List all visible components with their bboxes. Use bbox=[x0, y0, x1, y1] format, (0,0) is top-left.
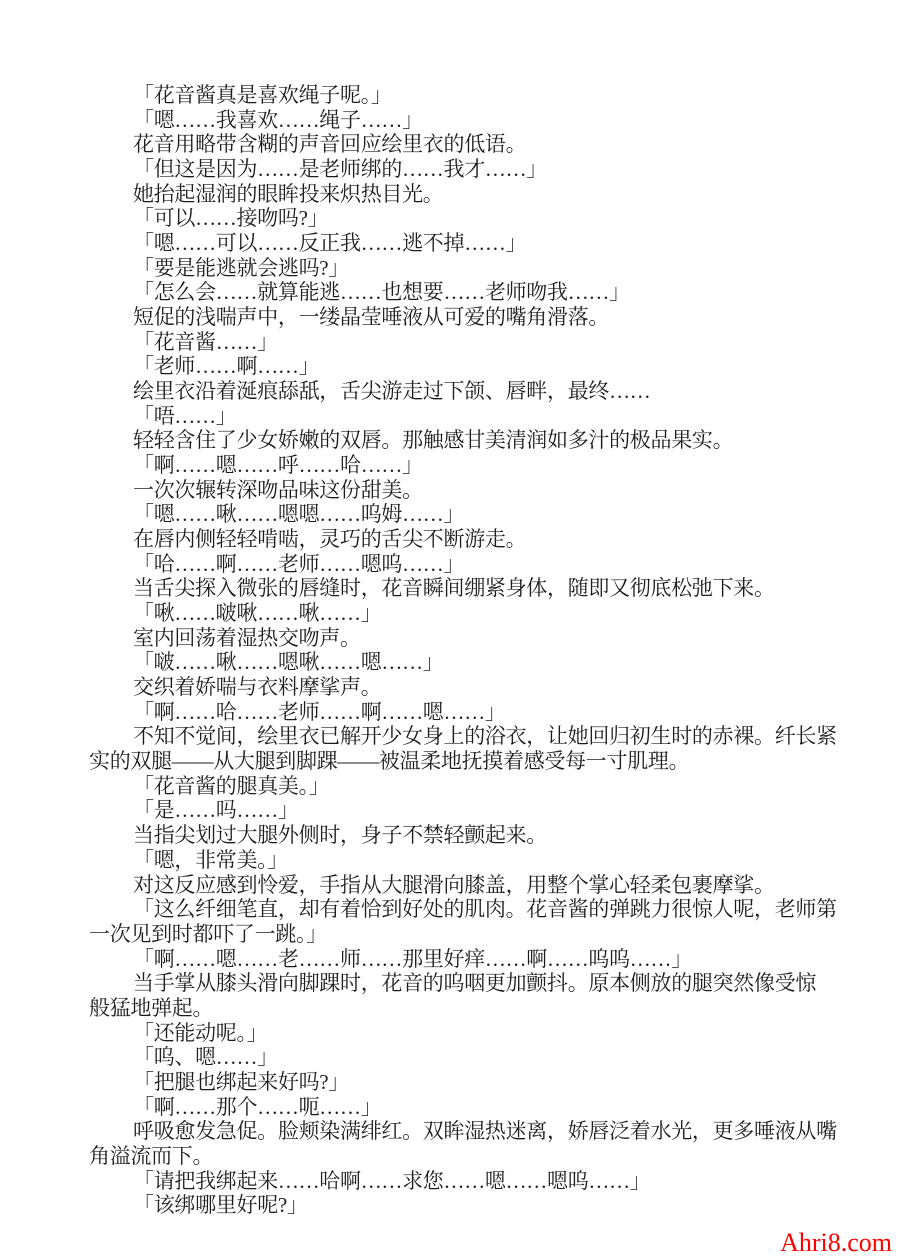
text-line: 一次见到时都吓了一跳。」 bbox=[89, 922, 855, 947]
text-line: 当指尖划过大腿外侧时，身子不禁轻颤起来。 bbox=[89, 823, 855, 848]
text-line: 一次次辗转深吻品味这份甜美。 bbox=[89, 478, 855, 503]
text-line: 「是……吗……」 bbox=[89, 798, 855, 823]
text-line: 当舌尖探入微张的唇缝时，花音瞬间绷紧身体，随即又彻底松弛下来。 bbox=[89, 576, 855, 601]
text-line: 「可以……接吻吗?」 bbox=[89, 206, 855, 231]
text-line: 「还能动呢。」 bbox=[89, 1021, 855, 1046]
text-line: 「老师……啊……」 bbox=[89, 354, 855, 379]
text-line: 「嗯，非常美。」 bbox=[89, 848, 855, 873]
text-line: 花音用略带含糊的声音回应绘里衣的低语。 bbox=[89, 132, 855, 157]
text-line: 在唇内侧轻轻啃啮，灵巧的舌尖不断游走。 bbox=[89, 527, 855, 552]
text-line: 短促的浅喘声中，一缕晶莹唾液从可爱的嘴角滑落。 bbox=[89, 305, 855, 330]
text-line: 「把腿也绑起来好吗?」 bbox=[89, 1070, 855, 1095]
text-line: 「嗯……我喜欢……绳子……」 bbox=[89, 108, 855, 133]
text-line: 「怎么会……就算能逃……也想要……老师吻我……」 bbox=[89, 280, 855, 305]
text-line: 「该绑哪里好呢?」 bbox=[89, 1193, 855, 1218]
text-line: 「花音酱的腿真美。」 bbox=[89, 774, 855, 799]
text-line: 「花音酱真是喜欢绳子呢。」 bbox=[89, 83, 855, 108]
text-line: 「啵……啾……嗯啾……嗯……」 bbox=[89, 650, 855, 675]
watermark: Ahri8.com bbox=[780, 1230, 892, 1256]
text-line: 「唔……」 bbox=[89, 404, 855, 429]
text-line: 「但这是因为……是老师绑的……我才……」 bbox=[89, 157, 855, 182]
text-line: 般猛地弹起。 bbox=[89, 996, 855, 1021]
novel-page: 「花音酱真是喜欢绳子呢。」「嗯……我喜欢……绳子……」花音用略带含糊的声音回应绘… bbox=[0, 0, 900, 1259]
text-line: 实的双腿——从大腿到脚踝——被温柔地抚摸着感受每一寸肌理。 bbox=[89, 749, 855, 774]
text-line: 「嗯……可以……反正我……逃不掉……」 bbox=[89, 231, 855, 256]
text-line: 「要是能逃就会逃吗?」 bbox=[89, 256, 855, 281]
text-line: 当手掌从膝头滑向脚踝时，花音的呜咽更加颤抖。原本侧放的腿突然像受惊 bbox=[89, 971, 855, 996]
text-line: 「哈……啊……老师……嗯呜……」 bbox=[89, 552, 855, 577]
text-line: 「呜、嗯……」 bbox=[89, 1045, 855, 1070]
text-line: 呼吸愈发急促。脸颊染满绯红。双眸湿热迷离，娇唇泛着水光，更多唾液从嘴 bbox=[89, 1119, 855, 1144]
text-line: 她抬起湿润的眼眸投来炽热目光。 bbox=[89, 182, 855, 207]
text-line: 角溢流而下。 bbox=[89, 1144, 855, 1169]
text-line: 「啊……嗯……呼……哈……」 bbox=[89, 453, 855, 478]
text-line: 对这反应感到怜爱，手指从大腿滑向膝盖，用整个掌心轻柔包裹摩挲。 bbox=[89, 873, 855, 898]
text-line: 「啊……哈……老师……啊……嗯……」 bbox=[89, 700, 855, 725]
page-text: 「花音酱真是喜欢绳子呢。」「嗯……我喜欢……绳子……」花音用略带含糊的声音回应绘… bbox=[89, 83, 855, 1218]
text-line: 「请把我绑起来……哈啊……求您……嗯……嗯呜……」 bbox=[89, 1169, 855, 1194]
text-line: 室内回荡着湿热交吻声。 bbox=[89, 626, 855, 651]
text-line: 「花音酱……」 bbox=[89, 330, 855, 355]
text-line: 交织着娇喘与衣料摩挲声。 bbox=[89, 675, 855, 700]
text-line: 「啾……啵啾……啾……」 bbox=[89, 601, 855, 626]
text-line: 「啊……那个……呃……」 bbox=[89, 1095, 855, 1120]
text-line: 轻轻含住了少女娇嫩的双唇。那触感甘美清润如多汁的极品果实。 bbox=[89, 428, 855, 453]
text-line: 「嗯……啾……嗯嗯……呜姆……」 bbox=[89, 502, 855, 527]
text-line: 绘里衣沿着涎痕舔舐，舌尖游走过下颌、唇畔，最终…… bbox=[89, 379, 855, 404]
text-line: 「这么纤细笔直，却有着恰到好处的肌肉。花音酱的弹跳力很惊人呢，老师第 bbox=[89, 897, 855, 922]
text-line: 「啊……嗯……老……师……那里好痒……啊……呜呜……」 bbox=[89, 947, 855, 972]
text-line: 不知不觉间，绘里衣已解开少女身上的浴衣，让她回归初生时的赤裸。纤长紧 bbox=[89, 724, 855, 749]
